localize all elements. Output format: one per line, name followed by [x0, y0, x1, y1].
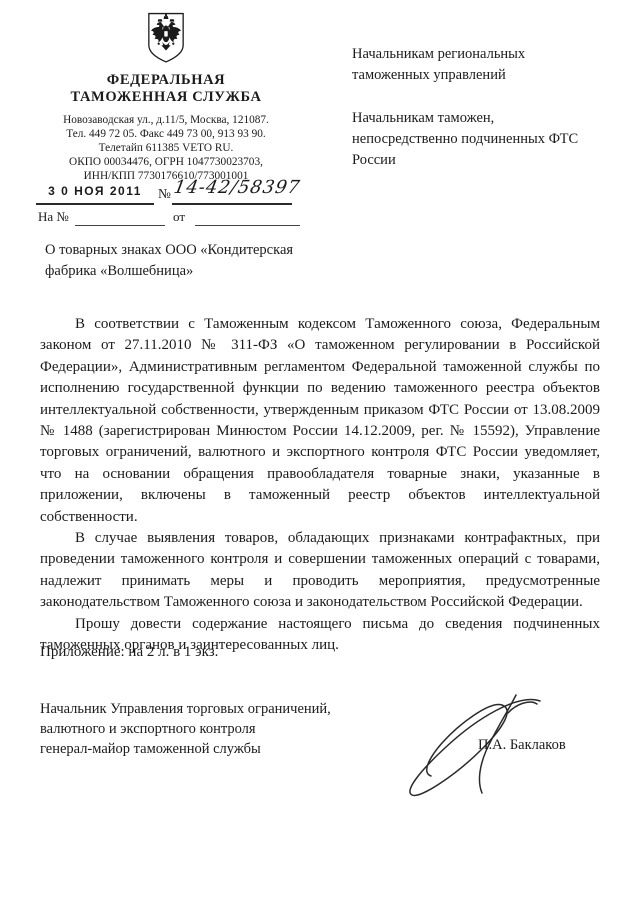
address-line: ОКПО 00034476, ОГРН 1047730023703,	[30, 155, 302, 169]
address-line: Новозаводская ул., д.11/5, Москва, 12108…	[30, 113, 302, 127]
reply-to-label: На №	[38, 209, 69, 225]
org-address-block: Новозаводская ул., д.11/5, Москва, 12108…	[30, 113, 302, 183]
reply-reference-row: На № от	[30, 209, 310, 231]
number-label: №	[158, 186, 171, 202]
outgoing-number: 14-42/58397	[172, 177, 302, 198]
org-name: ФЕДЕРАЛЬНАЯ ТАМОЖЕННАЯ СЛУЖБА	[30, 72, 302, 106]
signer-position-line: Начальник Управления торговых ограничени…	[40, 699, 380, 719]
reply-from-label: от	[173, 209, 185, 225]
body-paragraph: В соответствии с Таможенным кодексом Там…	[40, 314, 600, 528]
addressee-block: Начальникам таможен, непосредственно под…	[352, 108, 602, 171]
coat-of-arms-icon	[145, 12, 187, 64]
outgoing-number-field: 14-42/58397	[172, 177, 292, 205]
signer-position: Начальник Управления торговых ограничени…	[40, 699, 380, 759]
attachment-note: Приложение: на 2 л. в 1 экз.	[40, 644, 218, 661]
signer-position-line: валютного и экспортного контроля	[40, 719, 380, 739]
address-line: Телетайп 611385 VETO RU.	[30, 141, 302, 155]
date-number-row: 3 0 НОЯ 2011 № 14-42/58397	[30, 183, 310, 209]
org-name-line1: ФЕДЕРАЛЬНАЯ	[30, 72, 302, 89]
date-field: 3 0 НОЯ 2011	[36, 183, 154, 205]
letter-body: В соответствии с Таможенным кодексом Там…	[40, 314, 600, 657]
reply-number-blank	[75, 209, 165, 226]
addressees: Начальникам региональных таможенных упра…	[352, 44, 602, 193]
addressee-block: Начальникам региональных таможенных упра…	[352, 44, 602, 86]
signer-name: П.А. Баклаков	[478, 737, 566, 754]
signer-position-line: генерал-майор таможенной службы	[40, 739, 380, 759]
date-stamp: 3 0 НОЯ 2011	[48, 184, 142, 198]
address-line: Тел. 449 72 05. Факс 449 73 00, 913 93 9…	[30, 127, 302, 141]
letterhead: ФЕДЕРАЛЬНАЯ ТАМОЖЕННАЯ СЛУЖБА Новозаводс…	[30, 12, 302, 183]
org-name-line2: ТАМОЖЕННАЯ СЛУЖБА	[30, 89, 302, 106]
document-page: ФЕДЕРАЛЬНАЯ ТАМОЖЕННАЯ СЛУЖБА Новозаводс…	[0, 0, 640, 900]
reply-date-blank	[195, 209, 300, 226]
body-paragraph: В случае выявления товаров, обладающих п…	[40, 528, 600, 614]
subject-line: О товарных знаках ООО «Кондитерская фабр…	[45, 240, 325, 282]
